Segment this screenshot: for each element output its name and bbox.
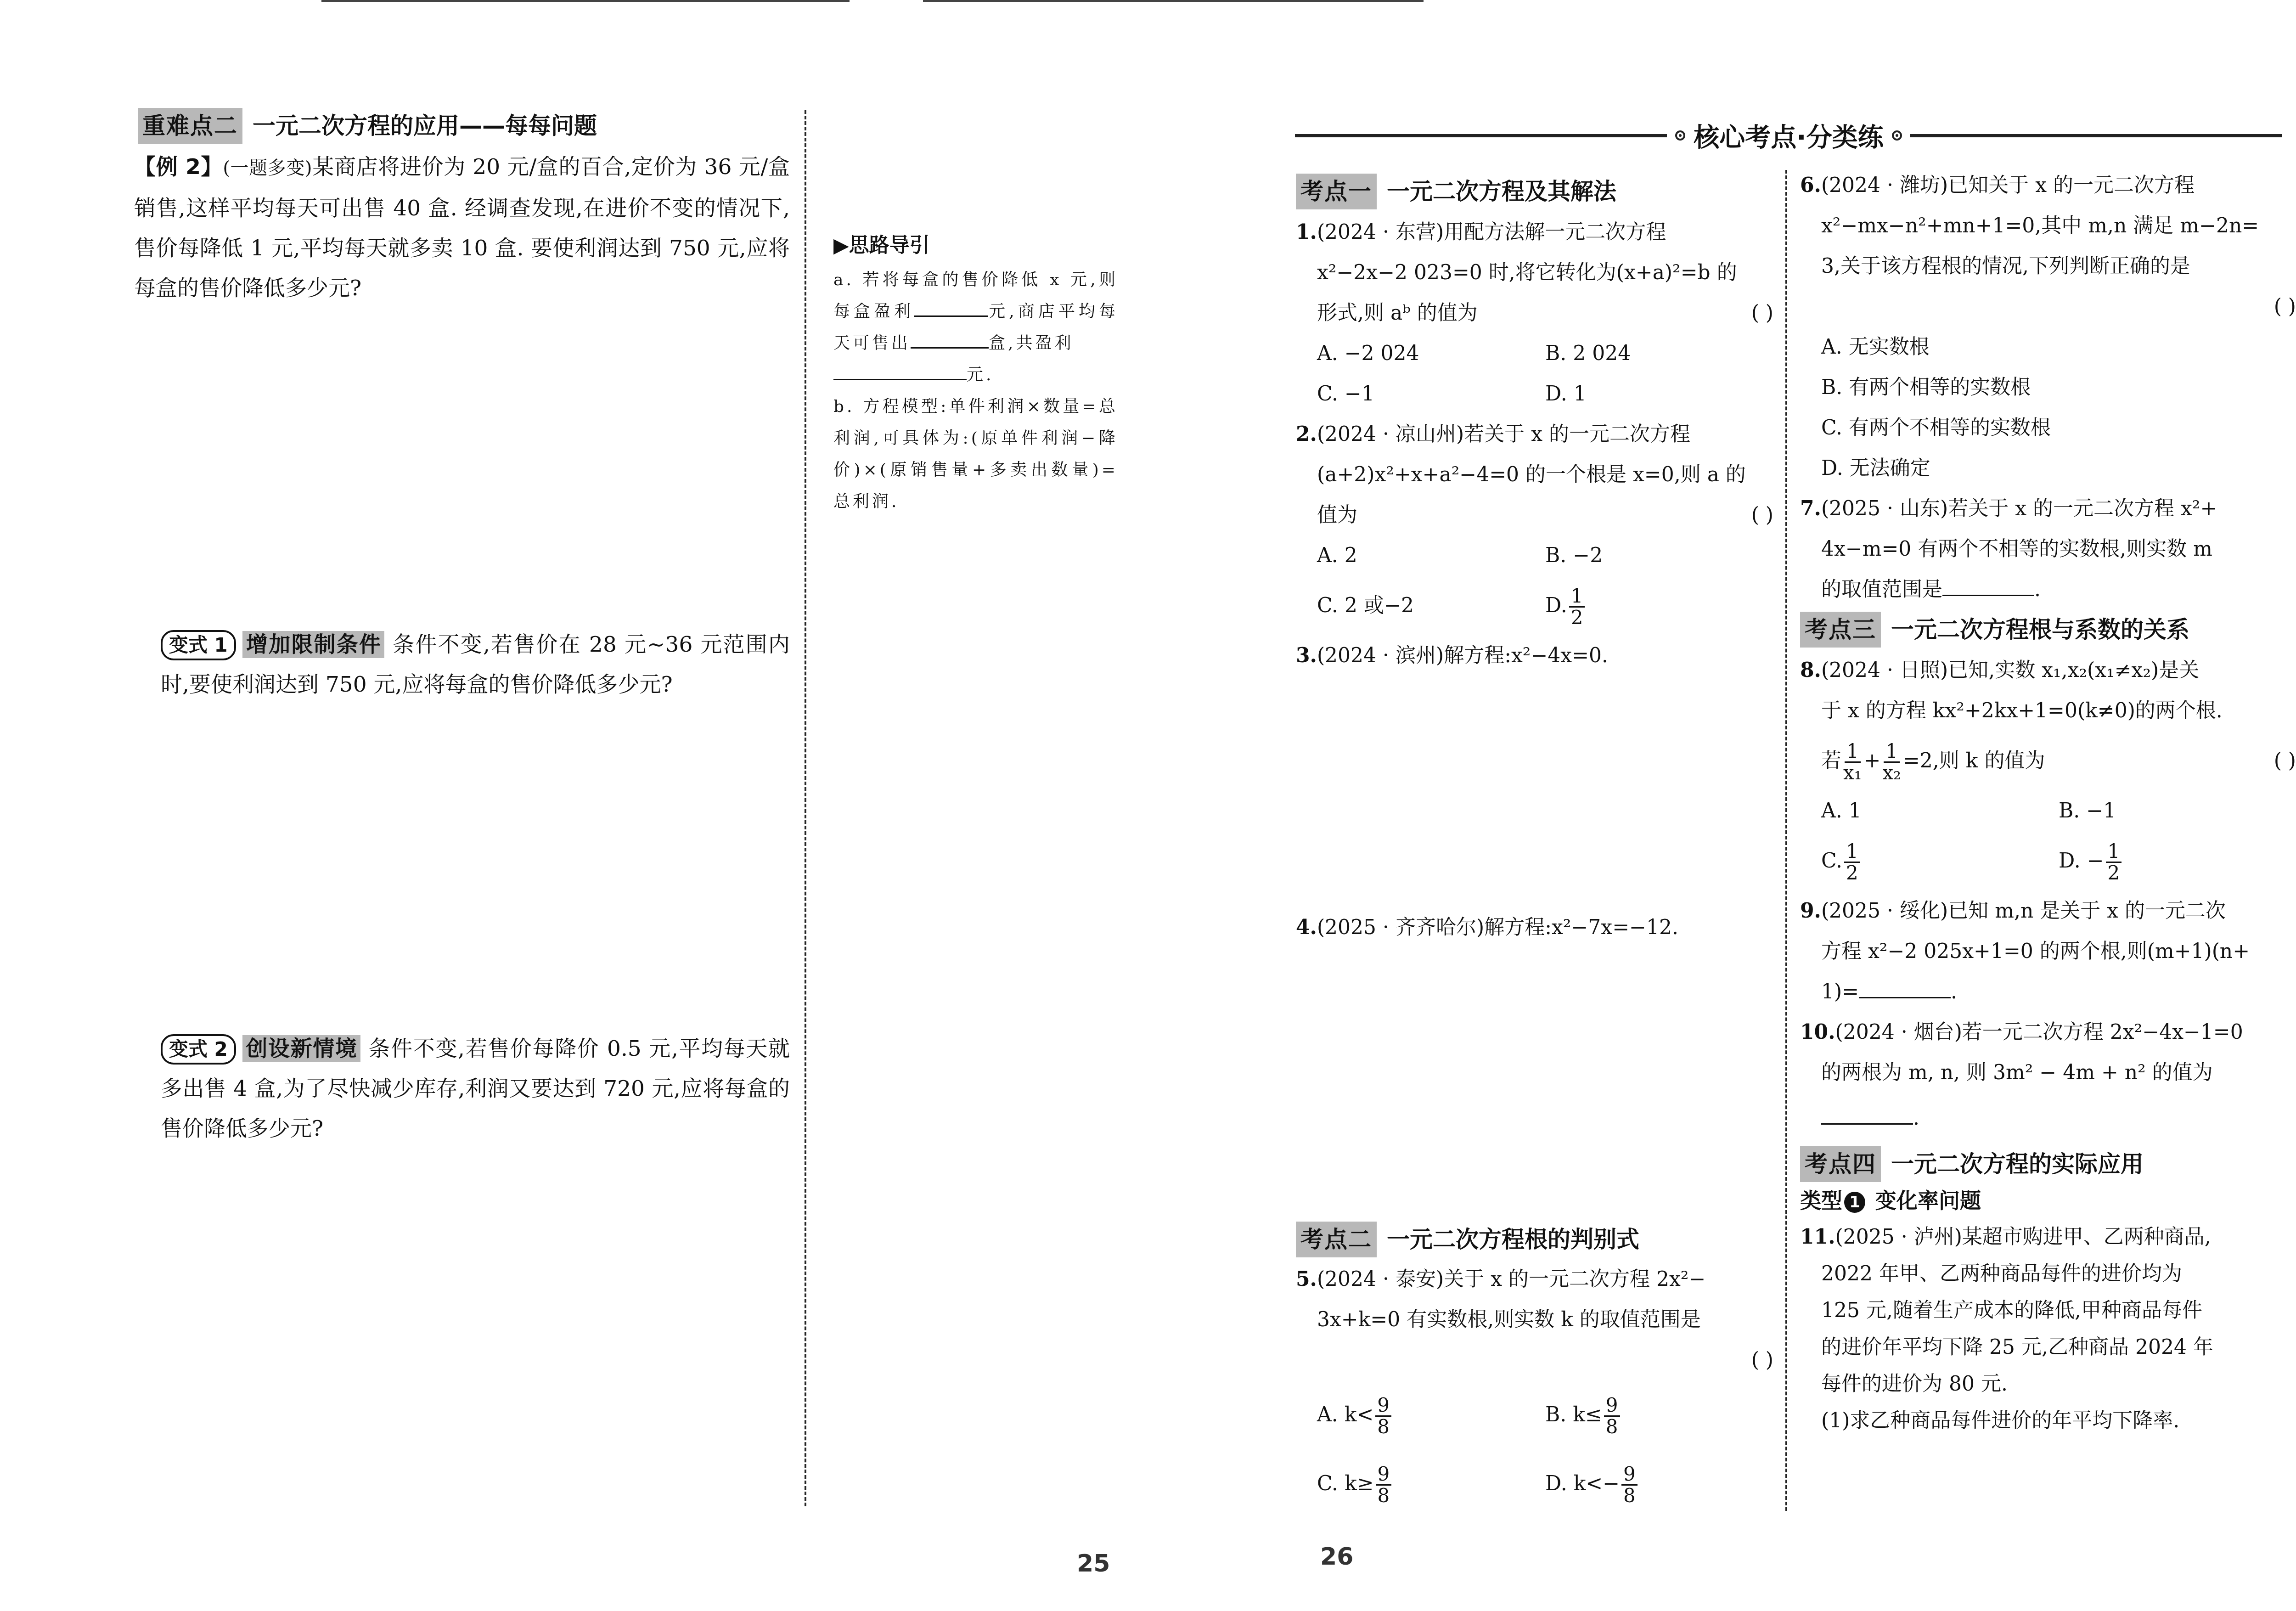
section-title: 一元二次方程的应用——每每问题 <box>253 113 597 139</box>
option-a[interactable]: A. 1 <box>1821 791 2059 831</box>
option-c[interactable]: C.12 <box>1821 831 2059 891</box>
answer-blank-q10[interactable] <box>1821 1105 1913 1125</box>
triangle-right-icon: ▶ <box>833 234 849 257</box>
options-q2: A. 2 B. −2 C. 2 或−2 D.12 <box>1296 535 1773 636</box>
answer-bracket[interactable]: ( ) <box>2274 731 2296 791</box>
section-heading-key-difficulty-2: 重难点二一元二次方程的应用——每每问题 <box>138 108 597 144</box>
fraction: 1x₁ <box>1843 741 1862 783</box>
discriminant-section: 考点二一元二次方程根的判别式 5.(2024 · 泰安)关于 x 的一元二次方程… <box>1296 1222 1773 1518</box>
option-b[interactable]: B. −1 <box>2059 791 2296 831</box>
option-d[interactable]: D. 无法确定 <box>1821 448 2296 489</box>
banner-rule-right <box>1910 134 2282 137</box>
section-heading-4: 考点四一元二次方程的实际应用 <box>1800 1146 2296 1182</box>
column-divider-right <box>1785 170 1787 1511</box>
page-number-left: 25 <box>1077 1550 1110 1577</box>
option-b[interactable]: B. −2 <box>1545 535 1773 576</box>
question-10: 10.(2024 · 烟台)若一元二次方程 2x²−4x−1=0 的两根为 m,… <box>1800 1012 2296 1143</box>
question-2: 2.(2024 · 凉山州)若关于 x 的一元二次方程 (a+2)x²+x+a²… <box>1296 414 1773 636</box>
option-c[interactable]: C. k≥98 <box>1317 1449 1545 1518</box>
blank-total-profit[interactable] <box>833 361 967 380</box>
variant-1-tag: 增加限制条件 <box>242 631 384 658</box>
banner-rule-left <box>1295 134 1667 137</box>
options-q1: A. −2 024 B. 2 024 C. −1 D. 1 <box>1296 333 1773 414</box>
core-points-banner: 核心考点·分类练 <box>1295 117 2282 154</box>
variant-2: 变式 2创设新情境条件不变,若售价每降价 0.5 元,平均每天就多出售 4 盒,… <box>161 1029 790 1149</box>
option-d[interactable]: D.12 <box>1545 576 1773 636</box>
fraction: 12 <box>1569 586 1585 628</box>
variant-2-tag: 创设新情境 <box>242 1035 360 1062</box>
question-5: 5.(2024 · 泰安)关于 x 的一元二次方程 2x²− 3x+k=0 有实… <box>1296 1259 1773 1518</box>
hint-a: a. 若将每盒的售价降低 x 元,则每盒盈利元,商店平均每天可售出盒,共盈利元. <box>833 264 1118 391</box>
question-7: 7.(2025 · 山东)若关于 x 的一元二次方程 x²+ 4x−m=0 有两… <box>1800 489 2296 610</box>
option-b[interactable]: B. k≤98 <box>1545 1380 1773 1449</box>
left-page: 重难点二一元二次方程的应用——每每问题 【例 2】(一题多变)某商店将进价为 2… <box>0 0 1171 1611</box>
example-2: 【例 2】(一题多变)某商店将进价为 20 元/盒的百合,定价为 36 元/盒销… <box>134 147 790 308</box>
type-1-heading: 类型1变化率问题 <box>1800 1182 2296 1219</box>
answer-bracket[interactable]: ( ) <box>1751 293 1773 333</box>
option-b[interactable]: B. 有两个相等的实数根 <box>1821 367 2296 408</box>
blank-profit-per-box[interactable] <box>914 297 988 317</box>
section-heading-3: 考点三一元二次方程根与系数的关系 <box>1800 612 2296 648</box>
option-c[interactable]: C. 2 或−2 <box>1317 576 1545 636</box>
variant-1: 变式 1增加限制条件条件不变,若售价在 28 元~36 元范围内时,要使利润达到… <box>161 625 790 704</box>
example-label: 【例 2】 <box>134 154 223 180</box>
option-a[interactable]: A. k<98 <box>1317 1380 1545 1449</box>
fraction: 1x₂ <box>1882 741 1901 783</box>
answer-bracket[interactable]: ( ) <box>1751 495 1773 535</box>
variant-2-pill: 变式 2 <box>161 1034 236 1065</box>
question-3: 3.(2024 · 滨州)解方程:x²−4x=0. <box>1296 636 1773 676</box>
options-q8: A. 1 B. −1 C.12 D. −12 <box>1800 791 2296 891</box>
answer-bracket[interactable]: ( ) <box>2274 287 2296 327</box>
option-d[interactable]: D. −12 <box>2059 831 2296 891</box>
question-9: 9.(2025 · 绥化)已知 m,n 是关于 x 的一元二次 方程 x²−2 … <box>1800 891 2296 1012</box>
question-11: 11.(2025 · 泸州)某超市购进甲、乙两种商品, 2022 年甲、乙两种商… <box>1800 1219 2296 1439</box>
circled-number-icon: 1 <box>1844 1192 1865 1213</box>
question-4: 4.(2025 · 齐齐哈尔)解方程:x²−7x=−12. <box>1296 907 1678 948</box>
hint-panel: ▶思路导引 a. 若将每盒的售价降低 x 元,则每盒盈利元,商店平均每天可售出盒… <box>833 232 1118 518</box>
question-1: 1.(2024 · 东营)用配方法解一元二次方程 x²−2x−2 023=0 时… <box>1296 212 1773 414</box>
option-d[interactable]: D. k<−98 <box>1545 1449 1773 1518</box>
ring-ornament-icon <box>1892 130 1902 141</box>
page-number-right: 26 <box>1320 1543 1353 1571</box>
question-8: 8.(2024 · 日照)已知,实数 x₁,x₂(x₁≠x₂)是关 于 x 的方… <box>1800 650 2296 891</box>
variant-1-pill: 变式 1 <box>161 630 236 660</box>
answer-blank-q9[interactable] <box>1859 979 1951 998</box>
right-page: 核心考点·分类练 考点一一元二次方程及其解法 1.(2024 · 东营)用配方法… <box>1171 0 2296 1611</box>
section-heading-1: 考点一一元二次方程及其解法 <box>1296 174 1773 209</box>
option-c[interactable]: C. −1 <box>1317 374 1545 414</box>
option-c[interactable]: C. 有两个不相等的实数根 <box>1821 408 2296 448</box>
answer-blank-q7[interactable] <box>1942 576 2034 596</box>
ring-ornament-icon <box>1675 130 1685 141</box>
question-6: 6.(2024 · 潍坊)已知关于 x 的一元二次方程 x²−mx−n²+mn+… <box>1800 165 2296 489</box>
column-divider-left <box>805 110 806 1506</box>
example-note: (一题多变) <box>223 158 312 179</box>
option-d[interactable]: D. 1 <box>1545 374 1773 414</box>
section-heading-2: 考点二一元二次方程根的判别式 <box>1296 1222 1773 1257</box>
option-a[interactable]: A. −2 024 <box>1317 333 1545 374</box>
option-a[interactable]: A. 无实数根 <box>1821 327 2296 367</box>
right-column-1: 考点一一元二次方程及其解法 1.(2024 · 东营)用配方法解一元二次方程 x… <box>1296 174 1773 676</box>
options-q6: A. 无实数根 B. 有两个相等的实数根 C. 有两个不相等的实数根 D. 无法… <box>1800 327 2296 489</box>
option-a[interactable]: A. 2 <box>1317 535 1545 576</box>
option-b[interactable]: B. 2 024 <box>1545 333 1773 374</box>
section-tag: 重难点二 <box>138 108 242 144</box>
hint-title: ▶思路导引 <box>833 232 1118 259</box>
options-q5: A. k<98 B. k≤98 C. k≥98 D. k<−98 <box>1296 1380 1773 1518</box>
right-column-2: 6.(2024 · 潍坊)已知关于 x 的一元二次方程 x²−mx−n²+mn+… <box>1800 165 2296 1439</box>
banner-title: 核心考点·分类练 <box>1694 117 1883 154</box>
hint-b: b. 方程模型:单件利润×数量=总利润,可具体为:(原单件利润−降价)×(原销售… <box>833 391 1118 518</box>
answer-bracket[interactable]: ( ) <box>1751 1340 1773 1380</box>
blank-daily-sales[interactable] <box>911 329 989 349</box>
